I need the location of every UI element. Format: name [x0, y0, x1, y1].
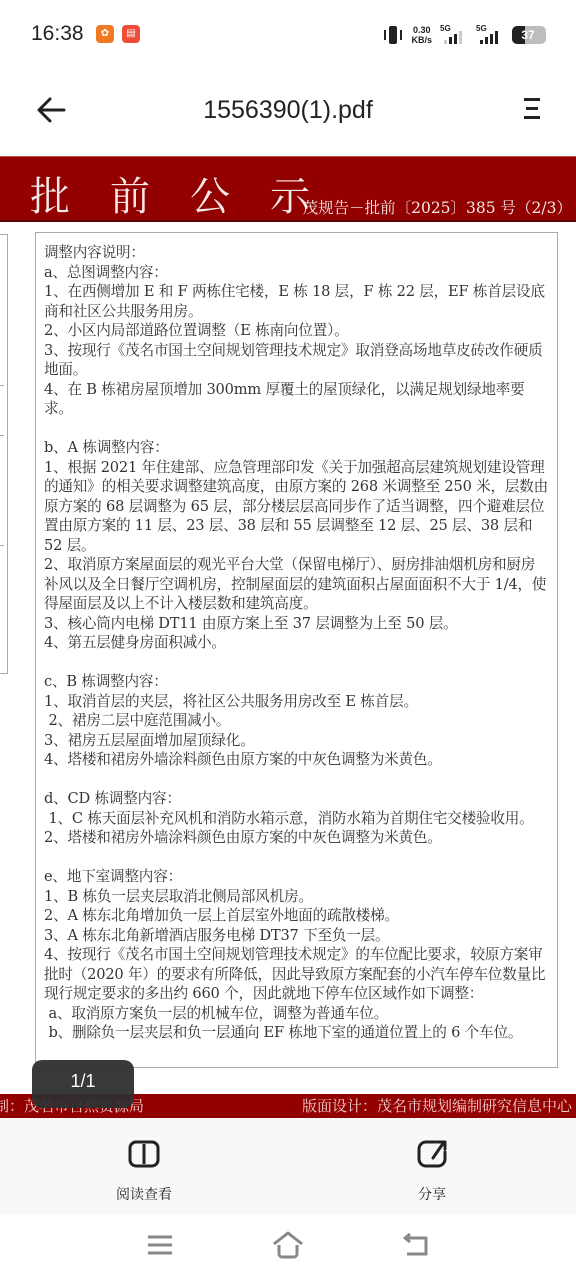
network-speed-value: 0.30 [411, 25, 432, 35]
adjacent-page-edge [0, 234, 8, 674]
system-nav-bar [0, 1214, 576, 1280]
spacer [44, 770, 549, 790]
status-indicators: 0.30 KB/s 5G 5G 37 [383, 22, 546, 48]
share-button[interactable]: 分享 [372, 1138, 492, 1204]
read-view-button[interactable]: 阅读查看 [84, 1138, 204, 1204]
footer-designer: 版面设计：茂名市规划编制研究信息中心 [302, 1094, 572, 1118]
app-bar: 1556390(1).pdf [0, 70, 576, 154]
paragraph: 2、塔楼和裙房外墙涂料颜色由原方案的中灰色调整为米黄色。 [44, 828, 549, 848]
share-label: 分享 [372, 1184, 492, 1204]
network-speed-unit: KB/s [411, 35, 432, 45]
bottom-toolbar: 阅读查看 分享 [0, 1118, 576, 1214]
paragraph: b、删除负一层夹层和负一层通向 EF 栋地下室的通道位置上的 6 个车位。 [44, 1023, 549, 1043]
system-back-button[interactable] [400, 1230, 432, 1260]
home-button[interactable] [271, 1230, 303, 1260]
app-notification-icon-red: ▤ [122, 25, 140, 43]
back-icon [400, 1230, 432, 1260]
paragraph: 2、A 栋东北角增加负一层上首层室外地面的疏散楼梯。 [44, 906, 549, 926]
header-char: 批 [30, 165, 110, 222]
home-icon [271, 1230, 305, 1260]
status-bar: 16:38 ✿ ▤ 0.30 KB/s 5G 5G 37 [0, 0, 576, 70]
signal-sim1-icon: 5G [440, 24, 468, 46]
paragraph: 3、裙房五层屋面增加屋顶绿化。 [44, 731, 549, 751]
paragraph: 1、取消首层的夹层，将社区公共服务用房改至 E 栋首层。 [44, 692, 549, 712]
paragraph: b、A 栋调整内容： [44, 438, 549, 458]
spacer [44, 419, 549, 439]
paragraph: 1、B 栋负一层夹层取消北侧局部风机房。 [44, 887, 549, 907]
header-char: 公 [190, 165, 270, 222]
paragraph: 1、根据 2021 年住建部、应急管理部印发《关于加强超高层建筑规划建设管理的通… [44, 458, 549, 556]
paragraph: 2、裙房二层中庭范围减小。 [44, 711, 549, 731]
paragraph: 4、第五层健身房面积减小。 [44, 633, 549, 653]
read-view-label: 阅读查看 [84, 1184, 204, 1204]
paragraph: 1、C 栋天面层补充风机和消防水箱示意，消防水箱为首期住宅交楼验收用。 [44, 809, 549, 829]
menu-lines-icon [144, 1230, 176, 1260]
paragraph: 3、A 栋东北角新增酒店服务电梯 DT37 下至负一层。 [44, 926, 549, 946]
paragraph: 2、取消原方案屋面层的观光平台大堂（保留电梯厅）、厨房排油烟机房和厨房补风以及全… [44, 555, 549, 614]
network-speed: 0.30 KB/s [411, 25, 432, 45]
paragraph: 2、小区内局部道路位置调整（E 栋南向位置）。 [44, 321, 549, 341]
paragraph: 调整内容说明： [44, 243, 549, 263]
menu-button[interactable] [522, 96, 542, 122]
document-number: 茂规告－批前〔2025〕385 号（2/3） [303, 196, 572, 218]
page-indicator: 1/1 [32, 1060, 134, 1108]
paragraph: 4、塔楼和裙房外墙涂料颜色由原方案的中灰色调整为米黄色。 [44, 750, 549, 770]
paragraph: e、地下室调整内容： [44, 867, 549, 887]
paragraph: 3、核心筒内电梯 DT11 由原方案上至 37 层调整为上至 50 层。 [44, 614, 549, 634]
spacer [44, 653, 549, 673]
battery-percent: 37 [512, 26, 544, 44]
paragraph: 1、在西侧增加 E 和 F 两栋住宅楼，E 栋 18 层，F 栋 22 层，EF… [44, 282, 549, 321]
paragraph: d、CD 栋调整内容： [44, 789, 549, 809]
pdf-page-header: 批前公示 茂规告－批前〔2025〕385 号（2/3） [0, 156, 576, 222]
paragraph: 4、在 B 栋裙房屋顶增加 300mm 厚覆土的屋顶绿化，以满足规划绿地率要求。 [44, 380, 549, 419]
paragraph: a、总图调整内容： [44, 263, 549, 283]
paragraph: c、B 栋调整内容： [44, 672, 549, 692]
paragraph: a、取消原方案负一层的机械车位，调整为普通车位。 [44, 1004, 549, 1024]
spacer [44, 848, 549, 868]
signal-sim2-icon: 5G [476, 24, 504, 46]
adjustment-description-box: 调整内容说明： a、总图调整内容： 1、在西侧增加 E 和 F 两栋住宅楼，E … [35, 232, 558, 1068]
app-notification-icon-orange: ✿ [96, 25, 114, 43]
paragraph: 3、按现行《茂名市国土空间规划管理技术规定》取消登高场地草皮砖改作硬质地面。 [44, 341, 549, 380]
status-time: 16:38 [31, 22, 84, 46]
pdf-viewer[interactable]: 批前公示 茂规告－批前〔2025〕385 号（2/3） 调整内容说明： a、总图… [0, 154, 576, 1120]
header-char: 前 [110, 165, 190, 222]
battery-icon: 37 [512, 26, 546, 44]
document-title: 1556390(1).pdf [0, 96, 576, 125]
share-icon [415, 1138, 449, 1170]
vibrate-icon [383, 25, 403, 45]
book-open-icon [127, 1138, 161, 1170]
recent-apps-button[interactable] [144, 1230, 176, 1260]
paragraph: 4、按现行《茂名市国土空间规划管理技术规定》的车位配比要求，较原方案审批时（20… [44, 945, 549, 1004]
